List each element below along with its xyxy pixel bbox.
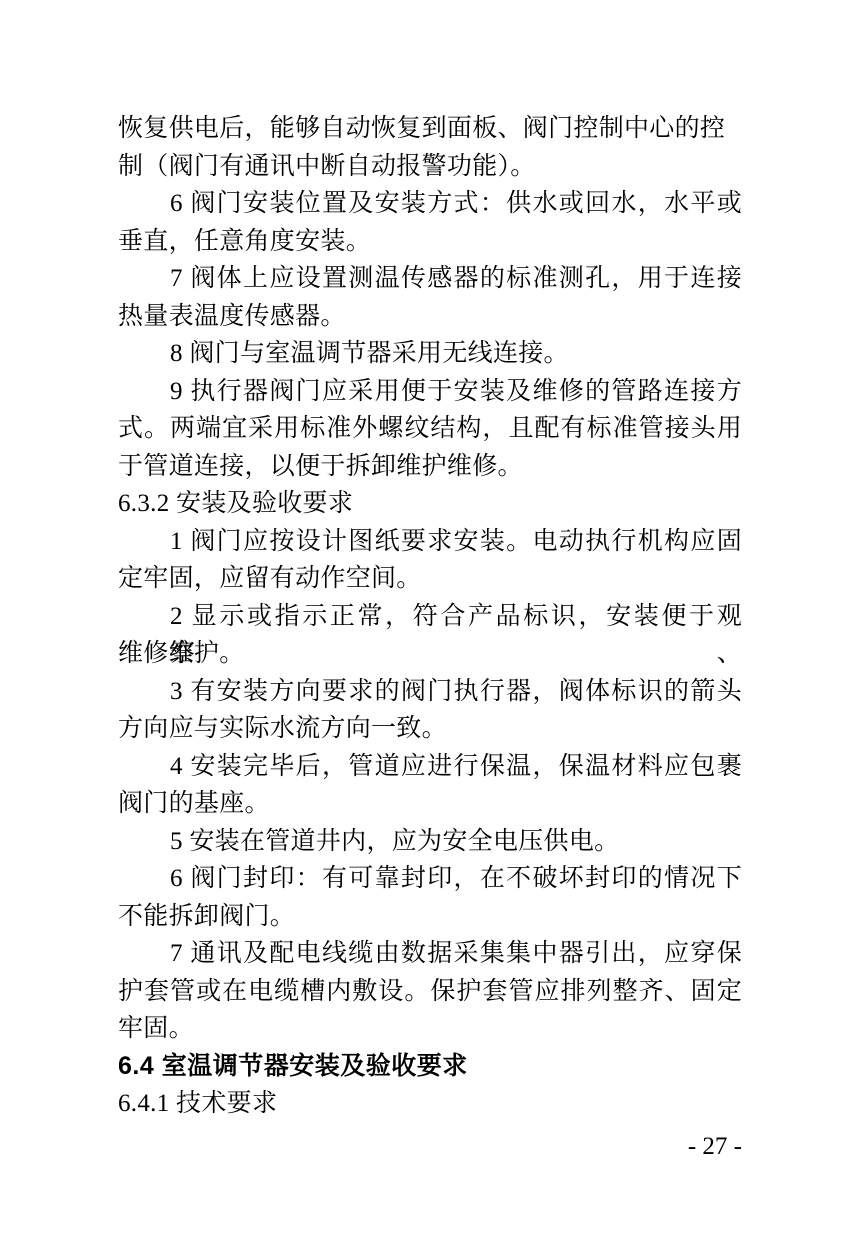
list-item-2: 2 显示或指示正常，符合产品标识，安装便于观察、 xyxy=(118,598,742,636)
section-heading-6-3-2: 6.3.2 安装及验收要求 xyxy=(118,485,742,523)
body-line: 护套管或在电缆槽内敷设。保护套管应排列整齐、固定 xyxy=(118,973,742,1011)
chapter-heading-6-4: 6.4 室温调节器安装及验收要求 xyxy=(118,1048,742,1086)
list-item-7: 7 阀体上应设置测温传感器的标准测孔，用于连接 xyxy=(118,260,742,298)
section-heading-6-4-1: 6.4.1 技术要求 xyxy=(118,1085,742,1123)
body-line: 牢固。 xyxy=(118,1010,742,1048)
list-item-8: 8 阀门与室温调节器采用无线连接。 xyxy=(118,335,742,373)
list-item-9: 9 执行器阀门应采用便于安装及维修的管路连接方 xyxy=(118,373,742,411)
body-line: 方向应与实际水流方向一致。 xyxy=(118,710,742,748)
body-line: 于管道连接，以便于拆卸维护维修。 xyxy=(118,448,742,486)
list-item-6b: 6 阀门封印：有可靠封印，在不破坏封印的情况下 xyxy=(118,860,742,898)
page-body-text: 恢复供电后，能够自动恢复到面板、阀门控制中心的控 制（阀门有通讯中断自动报警功能… xyxy=(118,110,742,1123)
list-item-5: 5 安装在管道井内，应为安全电压供电。 xyxy=(118,823,742,861)
list-item-3: 3 有安装方向要求的阀门执行器，阀体标识的箭头 xyxy=(118,673,742,711)
list-item-6: 6 阀门安装位置及安装方式：供水或回水，水平或 xyxy=(118,185,742,223)
document-page: 恢复供电后，能够自动恢复到面板、阀门控制中心的控 制（阀门有通讯中断自动报警功能… xyxy=(0,0,857,1241)
body-line: 热量表温度传感器。 xyxy=(118,298,742,336)
body-line: 制（阀门有通讯中断自动报警功能）。 xyxy=(118,148,742,186)
list-item-4: 4 安装完毕后，管道应进行保温，保温材料应包裹 xyxy=(118,748,742,786)
body-line: 不能拆卸阀门。 xyxy=(118,898,742,936)
body-line: 式。两端宜采用标准外螺纹结构，且配有标准管接头用 xyxy=(118,410,742,448)
page-number: - 27 - xyxy=(688,1128,742,1166)
body-line: 定牢固，应留有动作空间。 xyxy=(118,560,742,598)
body-line: 阀门的基座。 xyxy=(118,785,742,823)
list-item-7b: 7 通讯及配电线缆由数据采集集中器引出，应穿保 xyxy=(118,935,742,973)
body-line: 垂直，任意角度安装。 xyxy=(118,223,742,261)
list-item-1: 1 阀门应按设计图纸要求安装。电动执行机构应固 xyxy=(118,523,742,561)
body-line: 恢复供电后，能够自动恢复到面板、阀门控制中心的控 xyxy=(118,110,742,148)
